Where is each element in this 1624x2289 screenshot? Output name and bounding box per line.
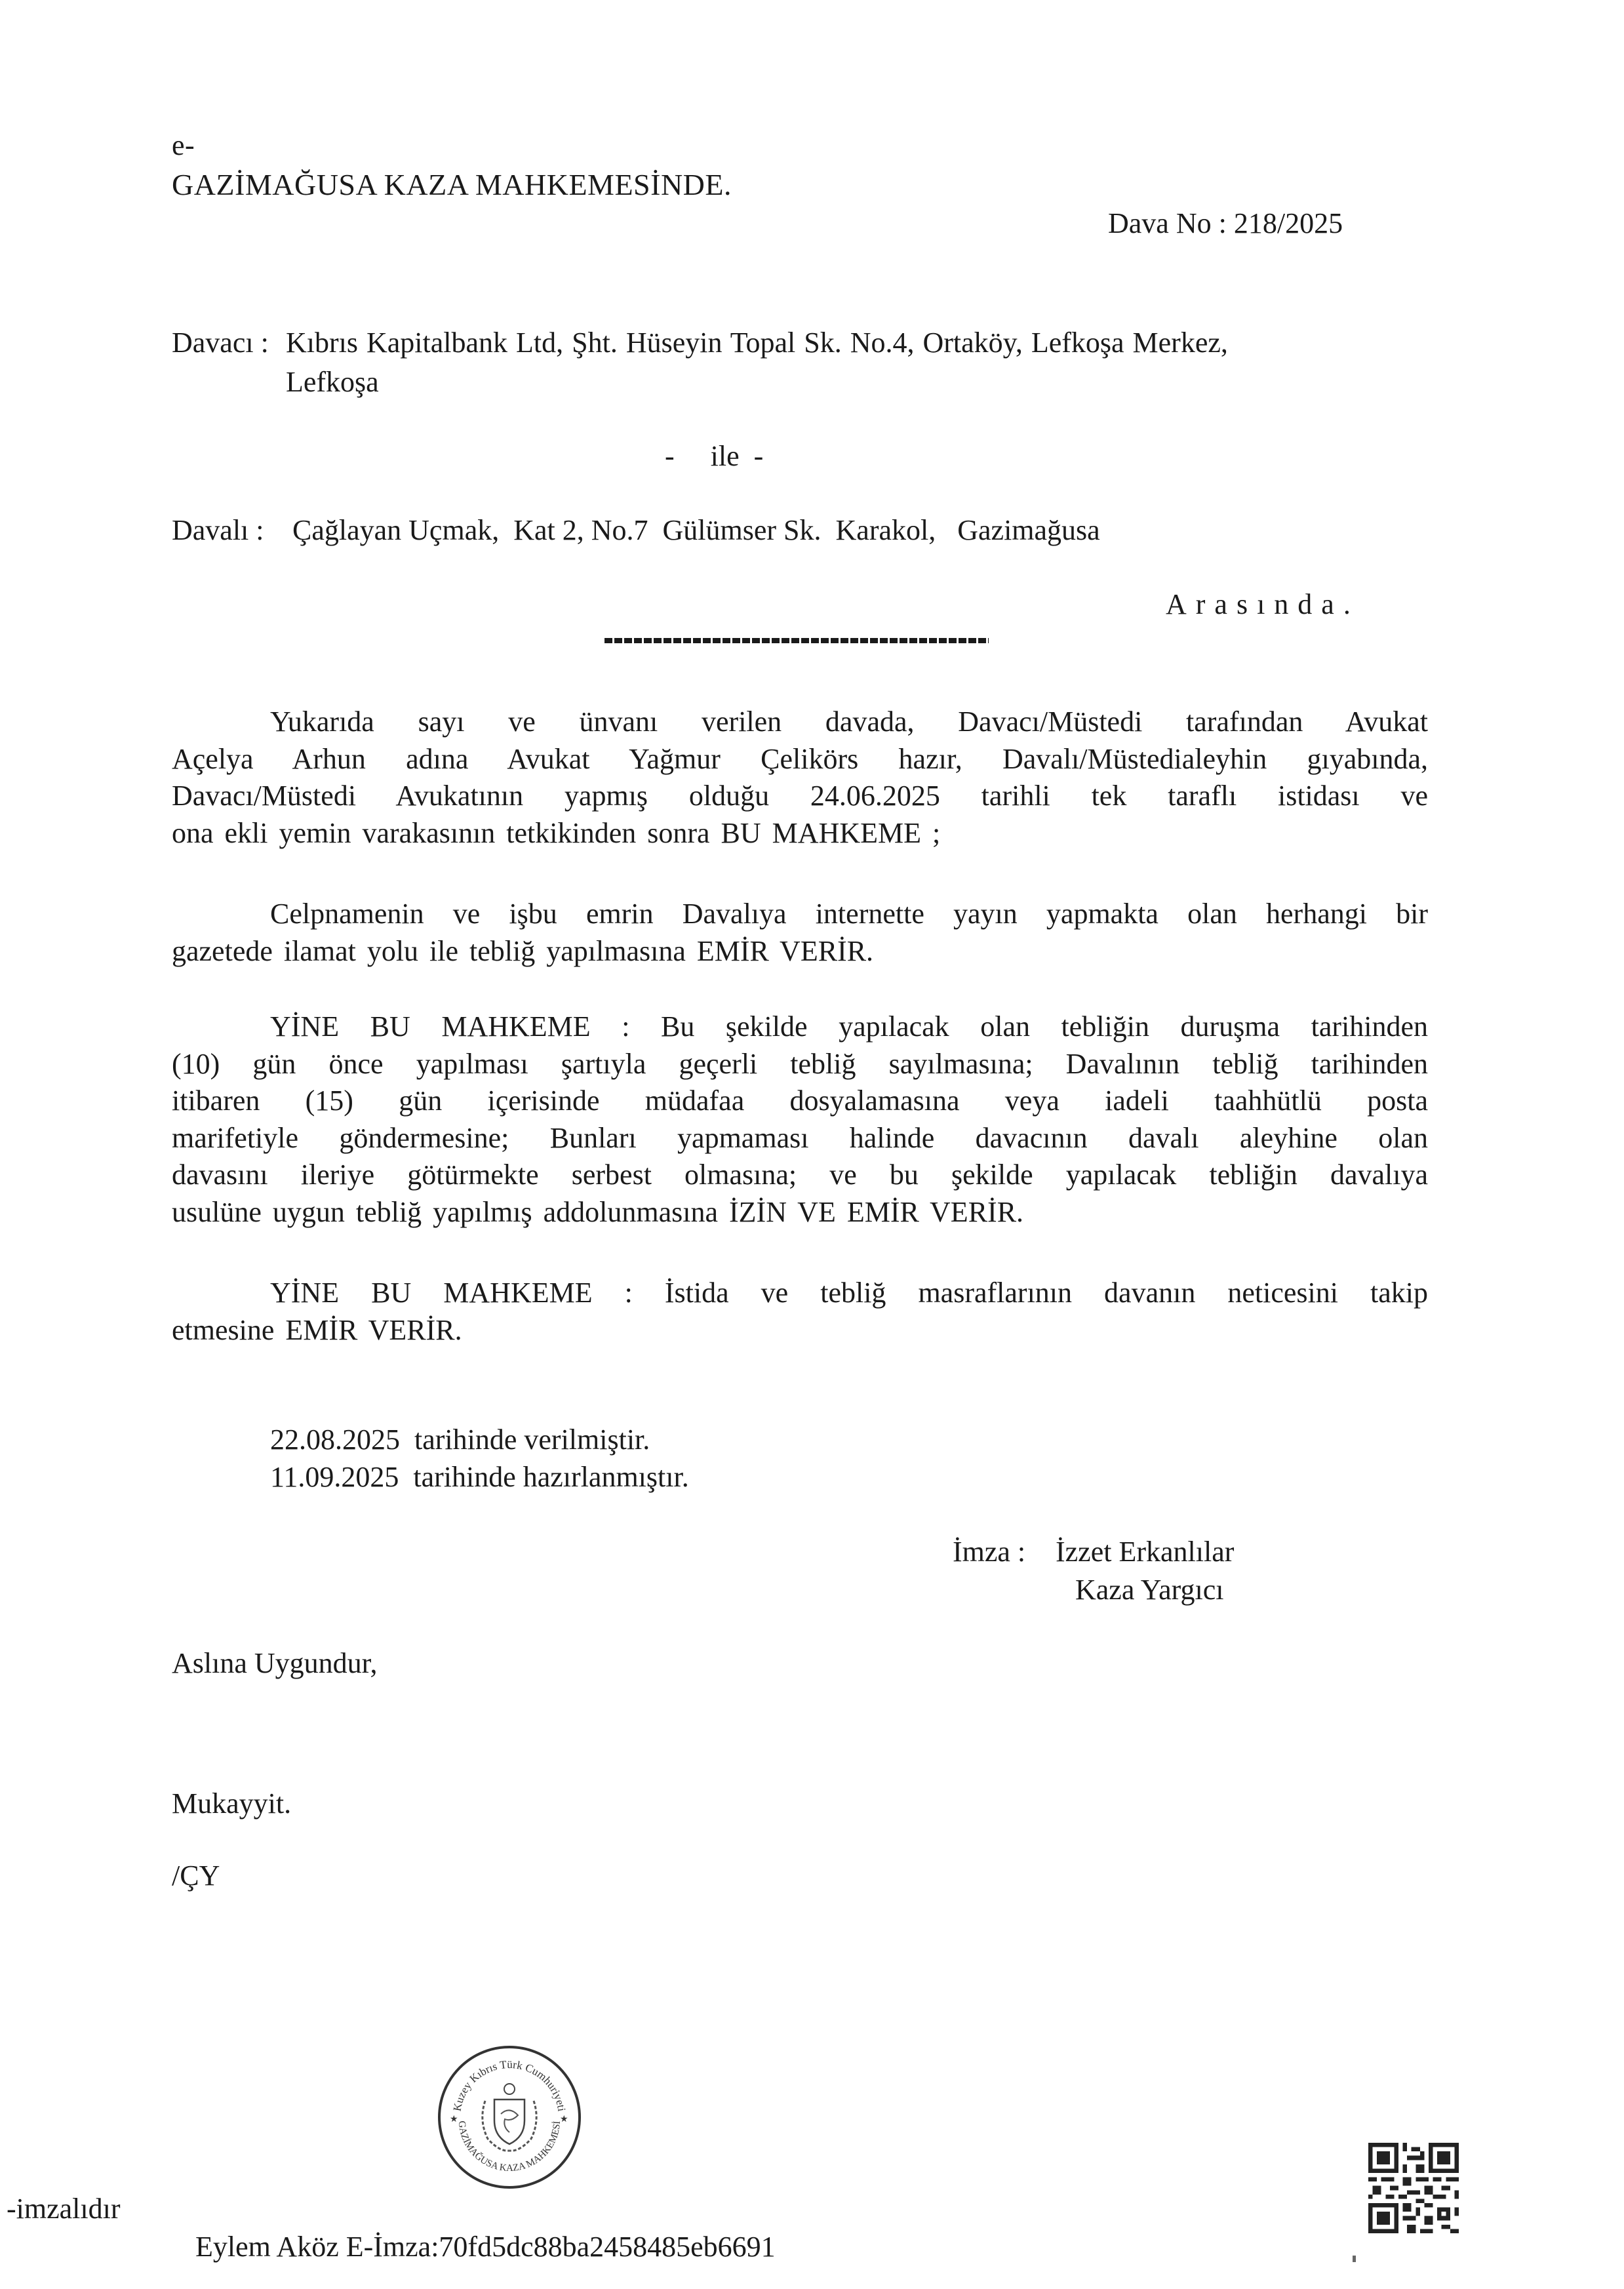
- registrar-label: Mukayyit.: [172, 1785, 291, 1823]
- e-signature-code: Eylem Aköz E-İmza:70fd5dc88ba2458485eb66…: [195, 2228, 776, 2266]
- paragraph-application: Yukarıda sayı ve ünvanı verilen davada, …: [172, 704, 1428, 852]
- paragraph-line: etmesine EMİR VERİR.: [172, 1312, 1428, 1349]
- svg-text:★: ★: [450, 2115, 458, 2124]
- svg-text:★: ★: [560, 2115, 568, 2124]
- e-prefix: e-: [172, 129, 195, 162]
- court-seal-icon: Kuzey Kıbrıs Türk Cumhuriyeti GAZİMAĞUSA…: [438, 2046, 581, 2189]
- case-number-value: 218/2025: [1234, 207, 1343, 239]
- paragraph-line: Davacı/Müstedi Avukatının yapmış olduğu …: [172, 778, 1428, 815]
- arasinda-label: Arasında.: [1166, 586, 1360, 624]
- defendant-details: Çağlayan Uçmak, Kat 2, No.7 Gülümser Sk.…: [292, 511, 1100, 549]
- paragraph-line: YİNE BU MAHKEME : İstida ve tebliğ masra…: [172, 1275, 1428, 1312]
- paragraph-costs-order: YİNE BU MAHKEME : İstida ve tebliğ masra…: [172, 1275, 1428, 1349]
- judge-title: Kaza Yargıcı: [1075, 1571, 1223, 1609]
- plaintiff-line-1: Kıbrıs Kapitalbank Ltd, Şht. Hüseyin Top…: [286, 324, 1228, 362]
- paragraph-line: YİNE BU MAHKEME : Bu şekilde yapılacak o…: [172, 1008, 1428, 1046]
- separator-line: [604, 638, 989, 643]
- plaintiff-line-2: Lefkoşa: [286, 363, 379, 401]
- paragraph-line: davasını ileriye götürmekte serbest olma…: [172, 1157, 1428, 1194]
- paragraph-line: gazetede ilamat yolu ile tebliğ yapılmas…: [172, 933, 1428, 970]
- case-number-label: Dava No :: [1108, 207, 1227, 239]
- qr-code-icon: [1368, 2142, 1459, 2234]
- paragraph-line: (10) gün önce yapılması şartıyla geçerli…: [172, 1046, 1428, 1083]
- paragraph-line: itibaren (15) gün içerisinde müdafaa dos…: [172, 1083, 1428, 1120]
- date-given: 22.08.2025 tarihinde verilmiştir.: [270, 1421, 650, 1459]
- signature-label: İmza :: [953, 1533, 1025, 1571]
- certified-copy-note: Aslına Uygundur,: [172, 1644, 378, 1682]
- between-word: - ile -: [665, 437, 763, 475]
- case-number: Dava No : 218/2025: [1108, 205, 1343, 243]
- svg-text:Kuzey Kıbrıs Türk Cumhuriyeti: Kuzey Kıbrıs Türk Cumhuriyeti: [451, 2058, 568, 2113]
- judge-name: İzzet Erkanlılar: [1056, 1533, 1234, 1571]
- signed-note: -imzalıdır: [7, 2190, 121, 2228]
- court-name: GAZİMAĞUSA KAZA MAHKEMESİNDE.: [172, 167, 732, 202]
- paragraph-line: Açelya Arhun adına Avukat Yağmur Çelikör…: [172, 741, 1428, 778]
- paragraph-line: marifetiyle göndermesine; Bunları yapmam…: [172, 1120, 1428, 1157]
- paragraph-service-order: Celpnamenin ve işbu emrin Davalıya inter…: [172, 896, 1428, 970]
- defendant-label: Davalı :: [172, 511, 264, 549]
- paragraph-line: Yukarıda sayı ve ünvanı verilen davada, …: [172, 704, 1428, 741]
- paragraph-line: ona ekli yemin varakasının tetkikinden s…: [172, 815, 1428, 852]
- svg-text:GAZİMAĞUSA KAZA MAHKEMESİ: GAZİMAĞUSA KAZA MAHKEMESİ: [456, 2120, 563, 2174]
- paragraph-line: Celpnamenin ve işbu emrin Davalıya inter…: [172, 896, 1428, 933]
- initials: /ÇY: [172, 1857, 220, 1895]
- date-prepared: 11.09.2025 tarihinde hazırlanmıştır.: [270, 1458, 689, 1496]
- plaintiff-label: Davacı :: [172, 324, 269, 362]
- paragraph-further-order: YİNE BU MAHKEME : Bu şekilde yapılacak o…: [172, 1008, 1428, 1231]
- scan-artifact: [1353, 2256, 1356, 2262]
- paragraph-line: usulüne uygun tebliğ yapılmış addolunmas…: [172, 1194, 1428, 1231]
